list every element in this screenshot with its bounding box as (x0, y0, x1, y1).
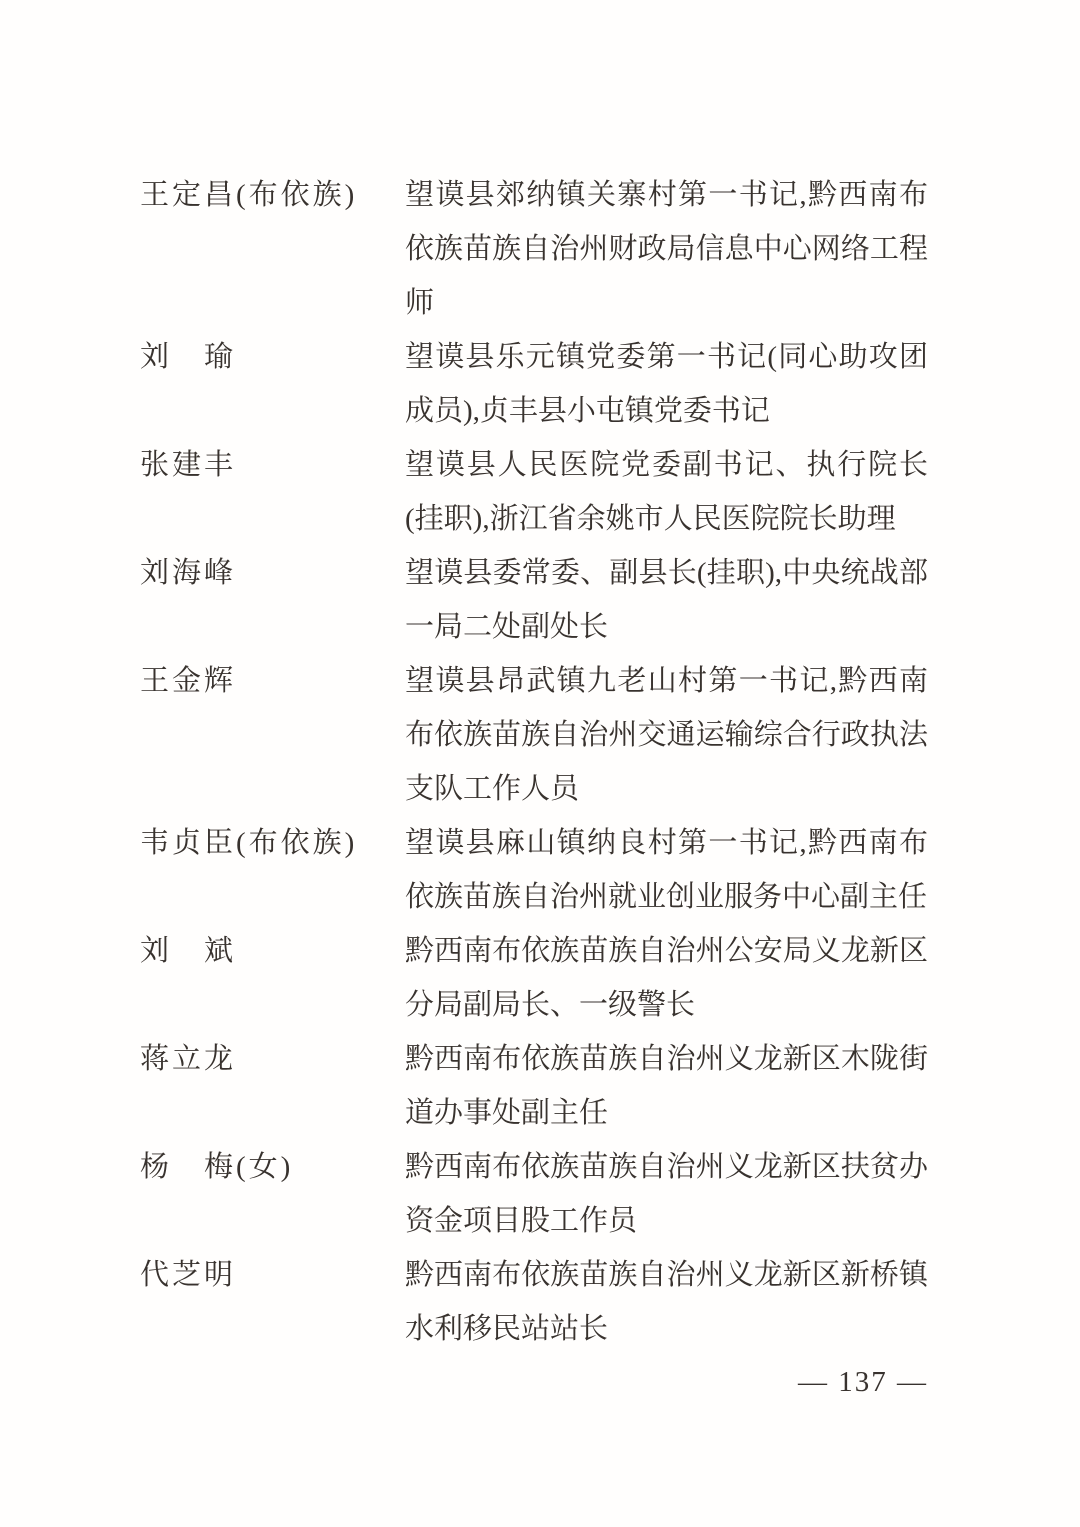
person-position: 黔西南布依族苗族自治州义龙新区新桥镇水利移民站站长 (405, 1248, 928, 1356)
person-name: 刘 斌 (140, 924, 405, 978)
roster-row: 王定昌(布依族) 望谟县郊纳镇关寨村第一书记,黔西南布依族苗族自治州财政局信息中… (140, 168, 928, 330)
person-name: 韦贞臣(布依族) (140, 816, 405, 870)
person-name: 蒋立龙 (140, 1032, 405, 1086)
roster-row: 刘海峰 望谟县委常委、副县长(挂职),中央统战部一局二处副处长 (140, 546, 928, 654)
person-position: 望谟县委常委、副县长(挂职),中央统战部一局二处副处长 (405, 546, 928, 654)
roster-row: 代芝明 黔西南布依族苗族自治州义龙新区新桥镇水利移民站站长 (140, 1248, 928, 1356)
person-name: 代芝明 (140, 1248, 405, 1302)
roster-row: 蒋立龙 黔西南布依族苗族自治州义龙新区木陇街道办事处副主任 (140, 1032, 928, 1140)
person-position: 望谟县麻山镇纳良村第一书记,黔西南布依族苗族自治州就业创业服务中心副主任 (405, 816, 928, 924)
person-position: 望谟县乐元镇党委第一书记(同心助攻团成员),贞丰县小屯镇党委书记 (405, 330, 928, 438)
person-name: 杨 梅(女) (140, 1140, 405, 1194)
person-name: 刘 瑜 (140, 330, 405, 384)
person-name: 刘海峰 (140, 546, 405, 600)
person-name: 王金辉 (140, 654, 405, 708)
person-position: 黔西南布依族苗族自治州公安局义龙新区分局副局长、一级警长 (405, 924, 928, 1032)
roster-row: 张建丰 望谟县人民医院党委副书记、执行院长(挂职),浙江省余姚市人民医院院长助理 (140, 438, 928, 546)
roster-row: 韦贞臣(布依族) 望谟县麻山镇纳良村第一书记,黔西南布依族苗族自治州就业创业服务… (140, 816, 928, 924)
person-position: 黔西南布依族苗族自治州义龙新区木陇街道办事处副主任 (405, 1032, 928, 1140)
roster-row: 刘 瑜 望谟县乐元镇党委第一书记(同心助攻团成员),贞丰县小屯镇党委书记 (140, 330, 928, 438)
roster-row: 王金辉 望谟县昂武镇九老山村第一书记,黔西南布依族苗族自治州交通运输综合行政执法… (140, 654, 928, 816)
page-number: — 137 — (0, 1362, 1080, 1402)
roster-row: 杨 梅(女) 黔西南布依族苗族自治州义龙新区扶贫办资金项目股工作员 (140, 1140, 928, 1248)
person-name: 王定昌(布依族) (140, 168, 405, 222)
appointment-roster: 王定昌(布依族) 望谟县郊纳镇关寨村第一书记,黔西南布依族苗族自治州财政局信息中… (0, 0, 1080, 1356)
person-position: 黔西南布依族苗族自治州义龙新区扶贫办资金项目股工作员 (405, 1140, 928, 1248)
person-position: 望谟县郊纳镇关寨村第一书记,黔西南布依族苗族自治州财政局信息中心网络工程师 (405, 168, 928, 330)
person-position: 望谟县昂武镇九老山村第一书记,黔西南布依族苗族自治州交通运输综合行政执法支队工作… (405, 654, 928, 816)
roster-row: 刘 斌 黔西南布依族苗族自治州公安局义龙新区分局副局长、一级警长 (140, 924, 928, 1032)
person-name: 张建丰 (140, 438, 405, 492)
document-page: 王定昌(布依族) 望谟县郊纳镇关寨村第一书记,黔西南布依族苗族自治州财政局信息中… (0, 0, 1080, 1527)
person-position: 望谟县人民医院党委副书记、执行院长(挂职),浙江省余姚市人民医院院长助理 (405, 438, 928, 546)
